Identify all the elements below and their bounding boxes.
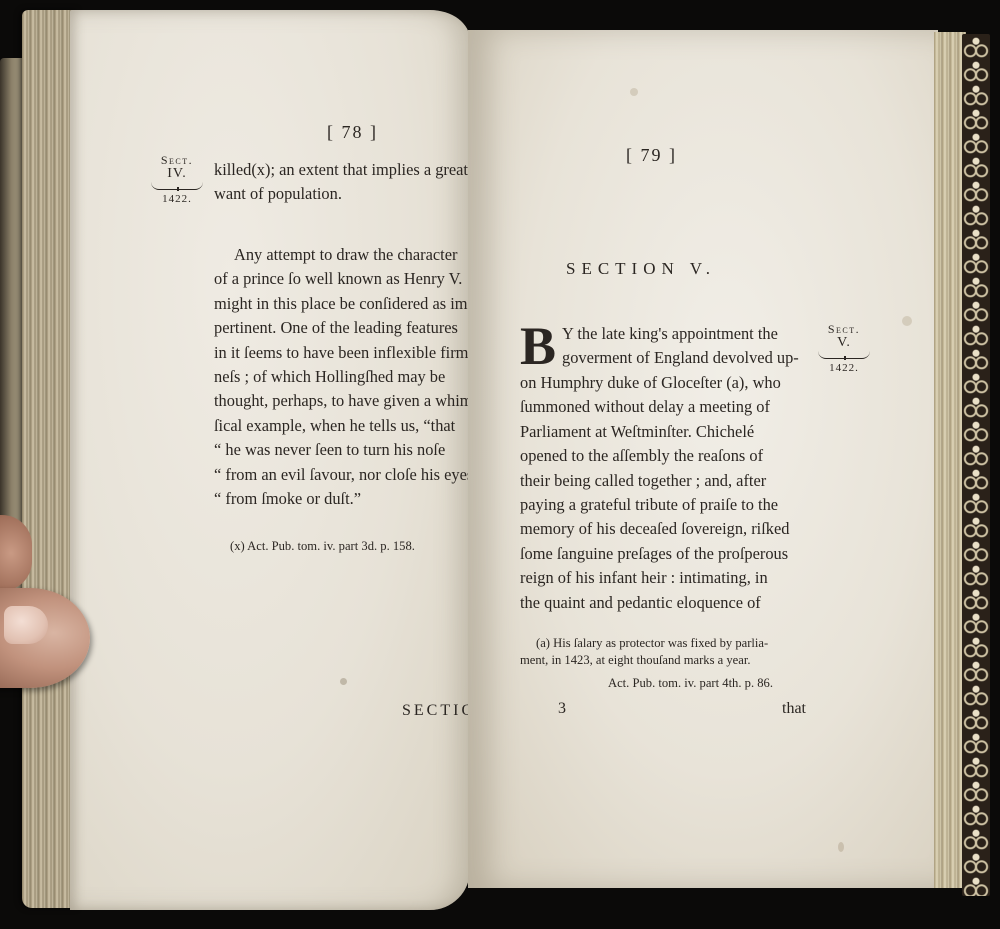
text-line: memory of his deceaſed ſovereign, riſked xyxy=(520,517,789,541)
left-footnote: (x) Act. Pub. tom. iv. part 3d. p. 158. xyxy=(230,538,415,555)
gilt-cover-edge xyxy=(962,34,990,896)
paper-spot xyxy=(838,842,844,852)
text-line: paying a grateful tribute of praiſe to t… xyxy=(520,493,789,517)
thumbnail-nail xyxy=(4,606,48,644)
right-page: [ 79 ] SECTION V. B Y the late king's ap… xyxy=(468,30,938,888)
right-opening: B Y the late king's appointment the gove… xyxy=(520,322,812,371)
text-line: their being called together ; and, after xyxy=(520,469,789,493)
text-line: “ from ſmoke or duſt.” xyxy=(214,487,478,511)
text-line: Parliament at Weſtminſter. Chichelé xyxy=(520,420,789,444)
text-line: ſummoned without delay a meeting of xyxy=(520,395,789,419)
text-line: opened to the aſſembly the reaſons of xyxy=(520,444,789,468)
text-line: thought, perhaps, to have given a whim- xyxy=(214,389,478,413)
paper-spot xyxy=(340,678,347,685)
text-line: goverment of England devolved up- xyxy=(520,346,812,370)
text-line: Y the late king's appointment the xyxy=(520,322,812,346)
right-footnote-line-2: ment, in 1423, at eight thouſand marks a… xyxy=(520,652,750,669)
right-paragraph: on Humphry duke of Gloceſter (a), who ſu… xyxy=(520,371,789,615)
book-photo: [ 78 ] Sect. IV. 1422. killed(x); an ext… xyxy=(0,0,1000,929)
text-line: might in this place be conſidered as im- xyxy=(214,292,478,316)
section-heading: SECTION V. xyxy=(566,259,716,279)
right-catchword: that xyxy=(782,700,806,718)
margin-section-number: IV. xyxy=(144,167,210,181)
margin-year: 1422. xyxy=(814,361,874,375)
text-line: reign of his infant heir : intimating, i… xyxy=(520,566,789,590)
margin-sect-label: Sect. xyxy=(814,322,874,336)
signature-mark: 3 xyxy=(558,700,566,718)
text-line: of a prince ſo well known as Henry V. xyxy=(214,267,478,291)
margin-sect-label: Sect. xyxy=(144,153,210,167)
text-line: the quaint and pedantic eloquence of xyxy=(520,591,789,615)
text-line: want of population. xyxy=(214,182,468,206)
left-paragraph: Any attempt to draw the character of a p… xyxy=(214,243,478,511)
paper-spot xyxy=(902,316,912,326)
right-page-number: [ 79 ] xyxy=(626,145,677,166)
text-line: killed(x); an extent that implies a grea… xyxy=(214,158,468,182)
left-page-number: [ 78 ] xyxy=(327,122,378,143)
left-margin-note: Sect. IV. 1422. xyxy=(144,153,210,206)
text-line: ſical example, when he tells us, “that xyxy=(214,414,478,438)
right-footnote-line-1: (a) His ſalary as protector was fixed by… xyxy=(536,635,768,652)
left-opening-lines: killed(x); an extent that implies a grea… xyxy=(214,158,468,207)
margin-section-number: V. xyxy=(814,336,874,350)
right-footnote-source: Act. Pub. tom. iv. part 4th. p. 86. xyxy=(608,675,773,692)
text-line: on Humphry duke of Gloceſter (a), who xyxy=(520,371,789,395)
text-line: pertinent. One of the leading features xyxy=(214,316,478,340)
text-line: “ from an evil ſavour, nor cloſe his eye… xyxy=(214,463,478,487)
text-line: “ he was never ſeen to turn his noſe xyxy=(214,438,478,462)
right-margin-note: Sect. V. 1422. xyxy=(814,322,874,375)
drop-cap: B xyxy=(520,324,556,368)
text-line: ſome ſanguine preſages of the proſperous xyxy=(520,542,789,566)
text-line: Any attempt to draw the character xyxy=(214,243,478,267)
brace-icon xyxy=(151,182,203,190)
left-page: [ 78 ] Sect. IV. 1422. killed(x); an ext… xyxy=(70,10,470,910)
paper-spot xyxy=(630,88,638,96)
text-line: in it ſeems to have been inflexible firm… xyxy=(214,341,478,365)
margin-year: 1422. xyxy=(144,192,210,206)
brace-icon xyxy=(818,351,870,359)
text-line: neſs ; of which Hollingſhed may be xyxy=(214,365,478,389)
